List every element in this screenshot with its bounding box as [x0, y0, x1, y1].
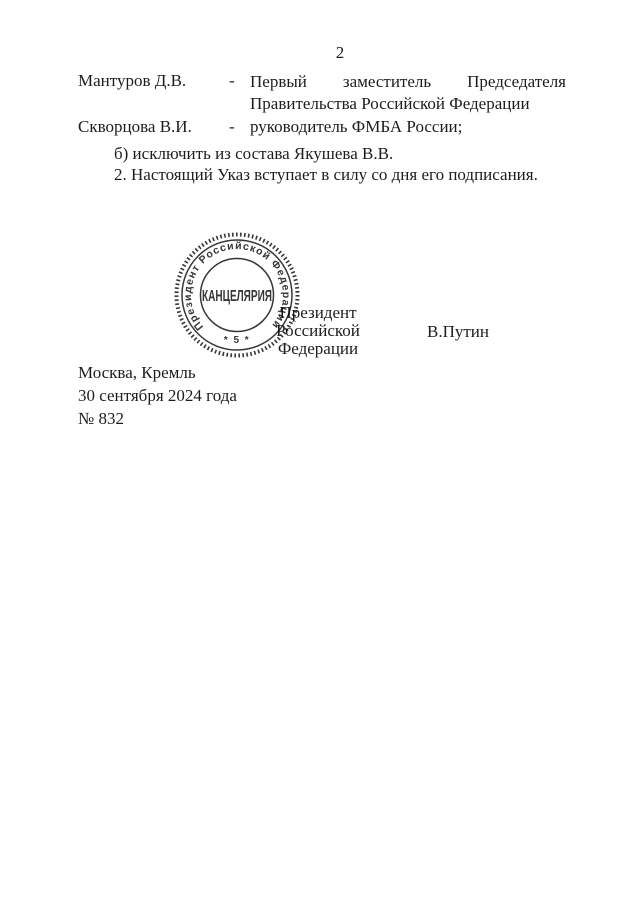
member-name: Мантуров Д.В.: [78, 71, 186, 91]
footer-number: № 832: [78, 407, 237, 430]
member-role-line2: Правительства Российской Федерации: [250, 93, 566, 115]
document-page: 2 Мантуров Д.В. - Первый заместитель Пре…: [0, 0, 640, 905]
member-role: Первый заместитель Председателя Правител…: [250, 71, 566, 115]
footer-block: Москва, Кремль 30 сентября 2024 года № 8…: [78, 361, 237, 430]
signature-name: В.Путин: [427, 322, 489, 342]
dash-separator: -: [229, 71, 235, 91]
member-role: руководитель ФМБА России;: [250, 117, 462, 137]
footer-date: 30 сентября 2024 года: [78, 384, 237, 407]
stamp-ring-text: Президент Российской Федерации: [182, 240, 292, 333]
chancellery-stamp-icon: Президент Российской Федерации * 5 * КАН…: [171, 229, 303, 361]
dash-separator: -: [229, 117, 235, 137]
stamp-center-text: КАНЦЕЛЯРИЯ: [202, 288, 272, 305]
paragraph-exclusion: б) исключить из состава Якушева В.В.: [114, 144, 393, 164]
footer-place: Москва, Кремль: [78, 361, 237, 384]
paragraph-entry-into-force: 2. Настоящий Указ вступает в силу со дня…: [114, 165, 538, 185]
stamp-bottom-number: * 5 *: [224, 335, 250, 346]
member-role-line1: Первый заместитель Председателя: [250, 71, 566, 93]
page-number: 2: [308, 43, 372, 63]
member-name: Скворцова В.И.: [78, 117, 192, 137]
